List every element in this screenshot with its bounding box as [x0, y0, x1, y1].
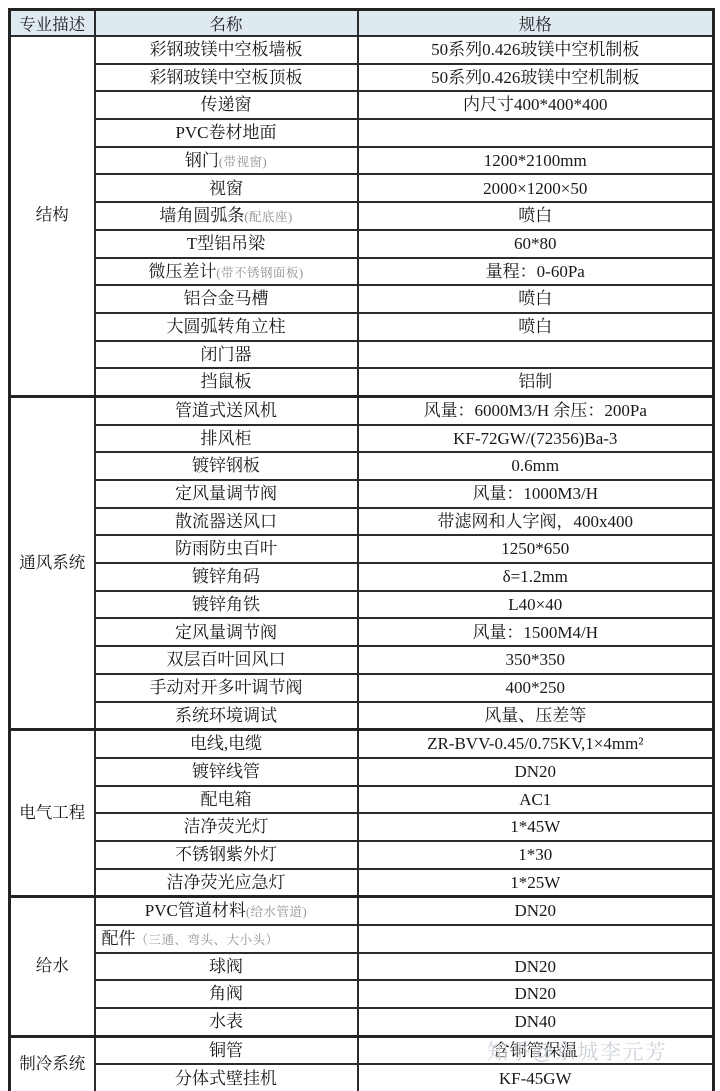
- item-spec-cell: KF-45GW: [358, 1064, 714, 1091]
- table-row: PVC卷材地面: [10, 119, 714, 147]
- table-row: 墙角圆弧条(配底座)喷白: [10, 202, 714, 230]
- item-spec-cell: 风量：1000M3/H: [358, 480, 714, 508]
- item-name: 大圆弧转角立柱: [167, 317, 286, 336]
- item-name-cell: 视窗: [95, 174, 358, 202]
- item-name: 不锈钢紫外灯: [175, 845, 277, 864]
- item-name: 镀锌线管: [192, 762, 260, 781]
- table-row: 排风柜KF-72GW/(72356)Ba-3: [10, 425, 714, 453]
- item-name-cell: 手动对开多叶调节阀: [95, 674, 358, 702]
- item-name: 彩钢玻镁中空板墙板: [150, 40, 303, 59]
- item-name-cell: 镀锌角铁: [95, 591, 358, 619]
- item-name: 视窗: [209, 179, 243, 198]
- table-row: 双层百叶回风口350*350: [10, 646, 714, 674]
- group-label: 结构: [10, 36, 95, 396]
- item-name-note: （三通、弯头、大小头）: [136, 933, 279, 947]
- table-row: 制冷系统铜管含铜管保温: [10, 1036, 714, 1064]
- item-name-cell: 洁净荧光应急灯: [95, 869, 358, 897]
- table-row: 通风系统管道式送风机风量：6000M3/H 余压：200Pa: [10, 396, 714, 424]
- item-name: 系统环境调试: [175, 706, 277, 725]
- item-name-cell: 电线,电缆: [95, 730, 358, 758]
- item-spec-cell: δ=1.2mm: [358, 563, 714, 591]
- item-spec-cell: [358, 119, 714, 147]
- table-row: 微压差计(带不锈钢面板)量程：0-60Pa: [10, 258, 714, 286]
- item-name: 防雨防虫百叶: [175, 539, 277, 558]
- item-name: 手动对开多叶调节阀: [150, 678, 303, 697]
- table-row: 电气工程电线,电缆ZR-BVV-0.45/0.75KV,1×4mm²: [10, 730, 714, 758]
- item-name-cell: 系统环境调试: [95, 702, 358, 730]
- table-row: 配电箱AC1: [10, 786, 714, 814]
- item-spec-cell: 带滤网和人字阀，400x400: [358, 508, 714, 536]
- table-row: T型铝吊梁60*80: [10, 230, 714, 258]
- item-spec-cell: 1250*650: [358, 535, 714, 563]
- item-spec-cell: 2000×1200×50: [358, 174, 714, 202]
- item-spec-cell: [358, 925, 714, 953]
- table-row: 球阀DN20: [10, 953, 714, 981]
- item-name: 墙角圆弧条: [159, 206, 244, 225]
- header-name: 名称: [95, 10, 358, 37]
- table-row: 水表DN40: [10, 1008, 714, 1036]
- item-name-note: (带不锈钢面板): [216, 266, 303, 280]
- item-name: 镀锌角铁: [192, 595, 260, 614]
- item-spec-cell: DN20: [358, 953, 714, 981]
- item-name: 微压差计: [148, 262, 216, 281]
- item-name-cell: 墙角圆弧条(配底座): [95, 202, 358, 230]
- item-name-cell: 铜管: [95, 1036, 358, 1064]
- item-name-cell: 铝合金马槽: [95, 285, 358, 313]
- spec-table-body: 结构彩钢玻镁中空板墙板50系列0.426玻镁中空机制板彩钢玻镁中空板顶板50系列…: [10, 36, 714, 1091]
- item-name: PVC管道材料: [145, 901, 246, 920]
- table-row: 不锈钢紫外灯1*30: [10, 841, 714, 869]
- item-name: 排风柜: [201, 429, 252, 448]
- item-spec-cell: 含铜管保温: [358, 1036, 714, 1064]
- item-name: PVC卷材地面: [175, 123, 276, 142]
- table-row: 大圆弧转角立柱喷白: [10, 313, 714, 341]
- table-row: 镀锌钢板0.6mm: [10, 452, 714, 480]
- table-row: 镀锌线管DN20: [10, 758, 714, 786]
- item-spec-cell: 50系列0.426玻镁中空机制板: [358, 64, 714, 92]
- table-row: 结构彩钢玻镁中空板墙板50系列0.426玻镁中空机制板: [10, 36, 714, 64]
- item-spec-cell: 内尺寸400*400*400: [358, 91, 714, 119]
- item-name-cell: 镀锌角码: [95, 563, 358, 591]
- group-label: 制冷系统: [10, 1036, 95, 1091]
- item-name: 球阀: [209, 957, 243, 976]
- header-row: 专业描述 名称 规格: [10, 10, 714, 37]
- item-name: 镀锌角码: [192, 567, 260, 586]
- item-name-cell: 挡鼠板: [95, 368, 358, 396]
- item-name-cell: 大圆弧转角立柱: [95, 313, 358, 341]
- item-name-cell: 闭门器: [95, 341, 358, 369]
- item-name-cell: PVC卷材地面: [95, 119, 358, 147]
- table-row: 系统环境调试风量、压差等: [10, 702, 714, 730]
- item-spec-cell: AC1: [358, 786, 714, 814]
- item-name: 传递窗: [201, 95, 252, 114]
- item-name: 铝合金马槽: [184, 289, 269, 308]
- item-spec-cell: 50系列0.426玻镁中空机制板: [358, 36, 714, 64]
- item-name: 镀锌钢板: [192, 456, 260, 475]
- item-spec-cell: 量程：0-60Pa: [358, 258, 714, 286]
- item-name-cell: PVC管道材料(给水管道): [95, 897, 358, 925]
- item-name-cell: 配件（三通、弯头、大小头）: [95, 925, 358, 953]
- item-spec-cell: KF-72GW/(72356)Ba-3: [358, 425, 714, 453]
- item-name: 彩钢玻镁中空板顶板: [150, 68, 303, 87]
- item-spec-cell: 喷白: [358, 313, 714, 341]
- item-spec-cell: 铝制: [358, 368, 714, 396]
- item-name-cell: 彩钢玻镁中空板墙板: [95, 36, 358, 64]
- item-name-cell: 传递窗: [95, 91, 358, 119]
- table-row: 配件（三通、弯头、大小头）: [10, 925, 714, 953]
- table-row: 角阀DN20: [10, 980, 714, 1008]
- item-spec-cell: 60*80: [358, 230, 714, 258]
- item-spec-cell: [358, 341, 714, 369]
- item-spec-cell: L40×40: [358, 591, 714, 619]
- item-name-cell: 微压差计(带不锈钢面板): [95, 258, 358, 286]
- item-name: 闭门器: [201, 345, 252, 364]
- table-row: 定风量调节阀风量：1500M4/H: [10, 618, 714, 646]
- item-name-note: (给水管道): [246, 905, 307, 919]
- table-row: 彩钢玻镁中空板顶板50系列0.426玻镁中空机制板: [10, 64, 714, 92]
- item-spec-cell: 风量：1500M4/H: [358, 618, 714, 646]
- item-name: 配件: [102, 929, 136, 948]
- item-name-cell: 配电箱: [95, 786, 358, 814]
- table-row: 洁净荧光应急灯1*25W: [10, 869, 714, 897]
- item-name-note: (配底座): [244, 210, 292, 224]
- item-name-cell: 镀锌线管: [95, 758, 358, 786]
- table-row: 分体式壁挂机KF-45GW: [10, 1064, 714, 1091]
- item-name: 洁净荧光应急灯: [167, 873, 286, 892]
- item-spec-cell: 0.6mm: [358, 452, 714, 480]
- item-name-cell: T型铝吊梁: [95, 230, 358, 258]
- item-name: 铜管: [209, 1041, 243, 1060]
- equipment-spec-table: 专业描述 名称 规格 结构彩钢玻镁中空板墙板50系列0.426玻镁中空机制板彩钢…: [8, 8, 715, 1091]
- item-name-cell: 球阀: [95, 953, 358, 981]
- item-name: 管道式送风机: [175, 401, 277, 420]
- table-row: 防雨防虫百叶1250*650: [10, 535, 714, 563]
- item-spec-cell: 1*25W: [358, 869, 714, 897]
- item-name-cell: 定风量调节阀: [95, 480, 358, 508]
- group-label: 通风系统: [10, 396, 95, 729]
- item-name: 散流器送风口: [175, 512, 277, 531]
- item-name-cell: 排风柜: [95, 425, 358, 453]
- table-row: 散流器送风口带滤网和人字阀，400x400: [10, 508, 714, 536]
- table-row: 手动对开多叶调节阀400*250: [10, 674, 714, 702]
- table-row: 闭门器: [10, 341, 714, 369]
- table-row: 洁净荧光灯1*45W: [10, 813, 714, 841]
- item-spec-cell: DN40: [358, 1008, 714, 1036]
- table-row: 镀锌角码δ=1.2mm: [10, 563, 714, 591]
- table-row: 挡鼠板铝制: [10, 368, 714, 396]
- table-row: 给水PVC管道材料(给水管道)DN20: [10, 897, 714, 925]
- header-spec: 规格: [358, 10, 714, 37]
- item-name: 定风量调节阀: [175, 484, 277, 503]
- item-spec-cell: 风量、压差等: [358, 702, 714, 730]
- item-spec-cell: 喷白: [358, 202, 714, 230]
- item-spec-cell: DN20: [358, 980, 714, 1008]
- item-name-cell: 管道式送风机: [95, 396, 358, 424]
- group-label: 电气工程: [10, 730, 95, 897]
- item-spec-cell: 400*250: [358, 674, 714, 702]
- item-spec-cell: 风量：6000M3/H 余压：200Pa: [358, 396, 714, 424]
- item-name-cell: 分体式壁挂机: [95, 1064, 358, 1091]
- table-row: 镀锌角铁L40×40: [10, 591, 714, 619]
- table-row: 铝合金马槽喷白: [10, 285, 714, 313]
- item-name-cell: 角阀: [95, 980, 358, 1008]
- item-spec-cell: 1200*2100mm: [358, 147, 714, 175]
- header-profession: 专业描述: [10, 10, 95, 37]
- item-spec-cell: DN20: [358, 758, 714, 786]
- item-spec-cell: 350*350: [358, 646, 714, 674]
- item-name-cell: 彩钢玻镁中空板顶板: [95, 64, 358, 92]
- item-name: 角阀: [209, 984, 243, 1003]
- item-name: 分体式壁挂机: [175, 1069, 277, 1088]
- item-name-cell: 不锈钢紫外灯: [95, 841, 358, 869]
- item-name-cell: 镀锌钢板: [95, 452, 358, 480]
- item-name: 挡鼠板: [201, 372, 252, 391]
- item-name-cell: 钢门(带视窗): [95, 147, 358, 175]
- item-name-cell: 散流器送风口: [95, 508, 358, 536]
- item-spec-cell: 1*45W: [358, 813, 714, 841]
- item-name: 钢门: [185, 151, 219, 170]
- item-name: 定风量调节阀: [175, 623, 277, 642]
- item-name-cell: 水表: [95, 1008, 358, 1036]
- item-spec-cell: DN20: [358, 897, 714, 925]
- item-name: 水表: [209, 1012, 243, 1031]
- group-label: 给水: [10, 897, 95, 1036]
- item-name-cell: 定风量调节阀: [95, 618, 358, 646]
- item-name-cell: 洁净荧光灯: [95, 813, 358, 841]
- item-name: 双层百叶回风口: [167, 650, 286, 669]
- table-row: 视窗2000×1200×50: [10, 174, 714, 202]
- table-row: 钢门(带视窗)1200*2100mm: [10, 147, 714, 175]
- item-spec-cell: 喷白: [358, 285, 714, 313]
- item-name: 配电箱: [201, 790, 252, 809]
- item-name-note: (带视窗): [219, 155, 267, 169]
- table-row: 定风量调节阀风量：1000M3/H: [10, 480, 714, 508]
- item-name-cell: 防雨防虫百叶: [95, 535, 358, 563]
- item-spec-cell: 1*30: [358, 841, 714, 869]
- item-spec-cell: ZR-BVV-0.45/0.75KV,1×4mm²: [358, 730, 714, 758]
- item-name: 洁净荧光灯: [184, 817, 269, 836]
- item-name: 电线,电缆: [190, 734, 262, 753]
- item-name-cell: 双层百叶回风口: [95, 646, 358, 674]
- item-name: T型铝吊梁: [187, 234, 265, 253]
- table-row: 传递窗内尺寸400*400*400: [10, 91, 714, 119]
